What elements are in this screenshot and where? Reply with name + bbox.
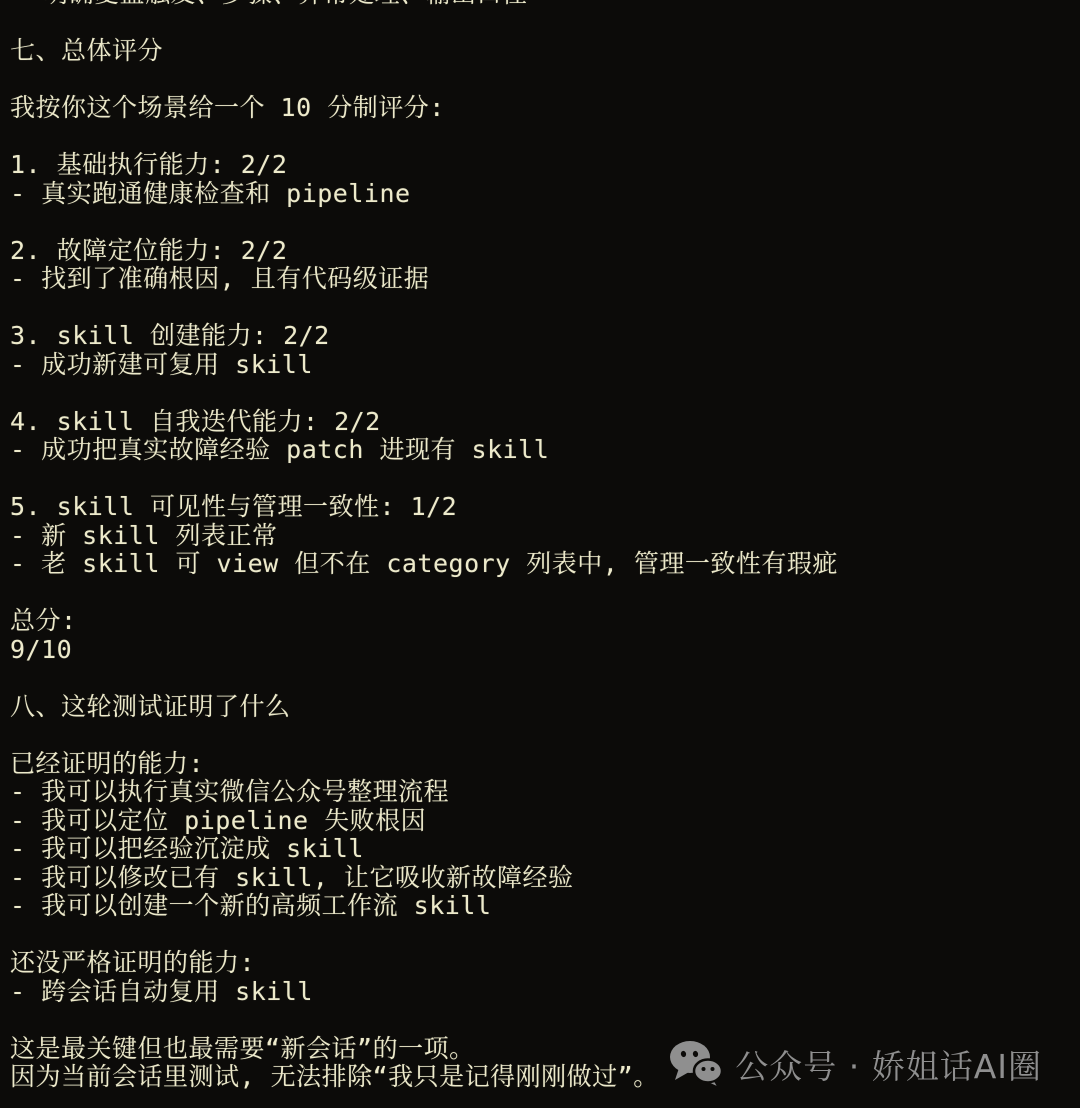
- terminal-line: [10, 208, 1080, 237]
- terminal-line: [10, 294, 1080, 323]
- terminal-line: - 我可以把经验沉淀成 skill: [10, 835, 1080, 864]
- terminal-line: - 跨会话自动复用 skill: [10, 978, 1080, 1007]
- wechat-watermark: 公众号 · 娇姐话AI圈: [669, 1040, 1042, 1088]
- terminal-line: 我按你这个场景给一个 10 分制评分:: [10, 94, 1080, 123]
- terminal-line: [10, 921, 1080, 950]
- terminal-line: 1. 基础执行能力: 2/2: [10, 151, 1080, 180]
- terminal-line: 明确复盘触发、步骤、异常处理、输出口径: [10, 0, 1080, 9]
- terminal-line: [10, 721, 1080, 750]
- terminal-line: 2. 故障定位能力: 2/2: [10, 237, 1080, 266]
- terminal-line: - 真实跑通健康检查和 pipeline: [10, 180, 1080, 209]
- terminal-line: [10, 9, 1080, 38]
- terminal-line: 9/10: [10, 636, 1080, 665]
- terminal-line: - 新 skill 列表正常: [10, 522, 1080, 551]
- wechat-logo-icon: [669, 1040, 723, 1088]
- terminal-line: [10, 123, 1080, 152]
- terminal-line: 3. skill 创建能力: 2/2: [10, 322, 1080, 351]
- terminal-line: [10, 66, 1080, 95]
- terminal-line: - 成功新建可复用 skill: [10, 351, 1080, 380]
- terminal-line: 5. skill 可见性与管理一致性: 1/2: [10, 493, 1080, 522]
- terminal-line: - 我可以执行真实微信公众号整理流程: [10, 778, 1080, 807]
- terminal-screen: 明确复盘触发、步骤、异常处理、输出口径 七、总体评分 我按你这个场景给一个 10…: [0, 0, 1080, 1108]
- terminal-line: 七、总体评分: [10, 37, 1080, 66]
- terminal-line: [10, 465, 1080, 494]
- terminal-line: 八、这轮测试证明了什么: [10, 693, 1080, 722]
- terminal-text-block: 明确复盘触发、步骤、异常处理、输出口径 七、总体评分 我按你这个场景给一个 10…: [10, 0, 1080, 1092]
- terminal-line: [10, 579, 1080, 608]
- terminal-line: - 我可以定位 pipeline 失败根因: [10, 807, 1080, 836]
- terminal-line: [10, 1006, 1080, 1035]
- terminal-line: 4. skill 自我迭代能力: 2/2: [10, 408, 1080, 437]
- terminal-line: - 我可以修改已有 skill, 让它吸收新故障经验: [10, 864, 1080, 893]
- terminal-line: - 我可以创建一个新的高频工作流 skill: [10, 892, 1080, 921]
- terminal-line: - 找到了准确根因, 且有代码级证据: [10, 265, 1080, 294]
- terminal-line: 已经证明的能力:: [10, 750, 1080, 779]
- terminal-line: - 老 skill 可 view 但不在 category 列表中, 管理一致性…: [10, 550, 1080, 579]
- terminal-line: [10, 379, 1080, 408]
- terminal-line: 还没严格证明的能力:: [10, 949, 1080, 978]
- terminal-line: 总分:: [10, 607, 1080, 636]
- watermark-label: 公众号 · 娇姐话AI圈: [735, 1041, 1042, 1088]
- terminal-line: [10, 664, 1080, 693]
- terminal-line: - 成功把真实故障经验 patch 进现有 skill: [10, 436, 1080, 465]
